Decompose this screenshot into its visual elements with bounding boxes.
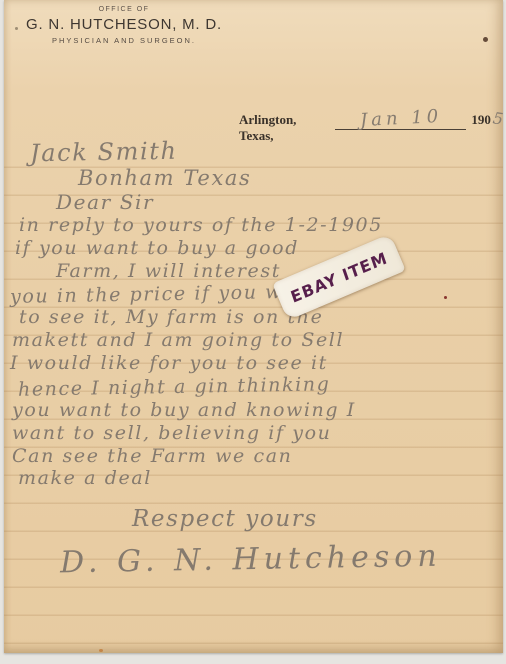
body-line: hence I night a gin thinking [18, 373, 331, 400]
dateline-year-prefix: 190 [471, 112, 491, 128]
dateline-location: Arlington, Texas, [239, 112, 333, 144]
body-line: if you want to buy a good [15, 237, 299, 259]
paper-speck [483, 37, 488, 42]
dateline: Arlington, Texas, Jan 10 190 5 [239, 108, 503, 144]
body-line: Can see the Farm we can [12, 445, 293, 467]
ebay-item-sticker-label: EBAY ITEM [288, 248, 390, 307]
dateline-blank: Jan 10 [335, 108, 466, 130]
recipient-city: Bonham Texas [78, 166, 251, 190]
paper-speck [15, 27, 18, 30]
signature: D. G. N. Hutcheson [60, 539, 442, 581]
letterhead-office-line: OFFICE OF [24, 6, 224, 13]
handwritten-date: Jan 10 [359, 106, 442, 131]
body-line: Farm, I will interest [56, 260, 281, 282]
paper-speck [444, 296, 447, 299]
body-line: in reply to yours of the 1-2-1905 [19, 214, 383, 236]
body-line: make a deal [18, 467, 152, 489]
handwritten-year-digit: 5 [492, 108, 505, 128]
letterhead: OFFICE OF G. N. HUTCHESON, M. D. PHYSICI… [24, 6, 224, 45]
letterhead-name: G. N. HUTCHESON, M. D. [24, 16, 224, 33]
scanned-letter-paper: OFFICE OF G. N. HUTCHESON, M. D. PHYSICI… [4, 0, 503, 653]
closing: Respect yours [132, 506, 318, 532]
letterhead-title: PHYSICIAN AND SURGEON. [24, 36, 224, 45]
body-line: to see it, My farm is on the [19, 306, 323, 328]
recipient-name: Jack Smith [30, 137, 178, 168]
paper-speck [99, 649, 103, 652]
salutation: Dear Sir [56, 190, 154, 214]
body-line: I would like for you to see it [10, 352, 328, 374]
body-line: makett and I am going to Sell [12, 329, 344, 351]
body-line: want to sell, believing if you [12, 422, 331, 444]
body-line: you want to buy and knowing I [12, 399, 356, 421]
